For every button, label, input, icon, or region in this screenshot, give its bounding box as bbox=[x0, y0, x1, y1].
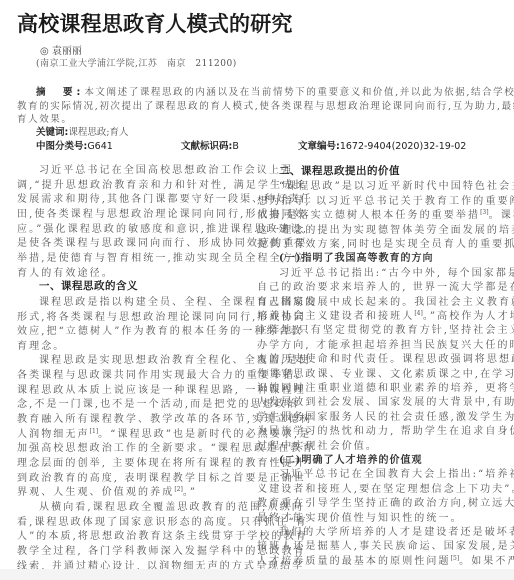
paragraph-line: 育理念。 bbox=[17, 337, 65, 352]
paragraph-line: 教育重在引导学生坚持正确的政治方向,树立远大理想, bbox=[257, 494, 514, 509]
paragraph-line: 过程中实现社会价值。 bbox=[257, 437, 378, 452]
subsection-heading: (一)指明了我国高等教育的方向 bbox=[279, 249, 433, 264]
paragraph-line: 我们的大学所培养的人才是建设者还是破坏者,是 bbox=[279, 523, 514, 538]
paragraph-line: 习近平总书记指出:“古今中外, 每个国家都是按照 bbox=[279, 264, 514, 279]
document-code: 文献标识码:B bbox=[181, 138, 239, 152]
paragraph-line: 育人的有效途径。 bbox=[17, 264, 114, 279]
article-title: 高校课程思政育人模式的研究 bbox=[17, 8, 293, 38]
paragraph-line: 识的同时注重职业道德和职业素养的培养, 更将学生个 bbox=[257, 379, 514, 394]
keywords-label: 关键词: bbox=[36, 127, 68, 138]
paragraph-line: 人发展放到社会发展、国家发展的大背景中,有助于提高 bbox=[257, 393, 514, 408]
abstract-line-1: 摘 要:本文阐述了课程思政的内涵以及在当前情势下的重要意义和价值,并以此为依据,… bbox=[36, 84, 514, 98]
paragraph-line: 自己国家发展中成长起来的。我国社会主义教育就是要 bbox=[257, 293, 514, 308]
paragraph-line: 提供了有效方案,同时也是实现全员育人的重要抓手。 bbox=[257, 235, 514, 250]
paragraph-line: 习近平总书记在全国高校思想政治工作会议上强 bbox=[39, 161, 293, 176]
keywords: 关键词:课程思政;育人 bbox=[36, 124, 129, 138]
paragraph-line: 人才培养质量的最基本的原则性问题[5]。如果不严格把控 bbox=[257, 552, 514, 567]
bottom-band bbox=[0, 569, 514, 580]
paragraph-line: 想为指导, 以习近平总书记关于教育工作的重要阐述为 bbox=[257, 192, 514, 207]
paper-page: 高校课程思政育人模式的研究 ◎ 袁丽丽 (南京工业大学浦江学院,江苏 南京 21… bbox=[0, 0, 514, 569]
author-affiliation: (南京工业大学浦江学院,江苏 南京 211200) bbox=[36, 56, 237, 69]
paragraph-line: 依据,是落实立德树人根本任务的重要举措[3]。课程思政 bbox=[257, 206, 514, 221]
section-heading: 二、课程思政提出的价值 bbox=[279, 163, 400, 178]
paragraph-line: 培养社会主义建设者和接班人[4]。”高校作为人才培养的 bbox=[257, 307, 514, 322]
paragraph-line: 最终才能实现价值性与知识性的统一。 bbox=[257, 509, 463, 524]
paragraph-line: 为民族学习的热忱和动力, 帮助学生在追求自身价值的 bbox=[257, 422, 514, 437]
paragraph-line: 理念层面的创举, 主要体现在将所有课程的教育性提升 bbox=[17, 454, 306, 469]
author-name: ◎ 袁丽丽 bbox=[40, 42, 82, 57]
section-heading: 一、课程思政的含义 bbox=[39, 278, 138, 293]
paragraph-line: 自己的政治要求来培养人的, 世界一流大学都是在服务 bbox=[257, 278, 514, 293]
keywords-value: 课程思政;育人 bbox=[68, 127, 128, 138]
article-number: 文章编号:1672-9404(2020)32-19-02 bbox=[298, 138, 466, 152]
abstract-label: 摘 要: bbox=[36, 87, 84, 98]
abstract-line-2: 教育的实际情况,初次提出了课程思政的育人模式,使各类课程与思想政治理论课同向而行… bbox=[17, 98, 514, 112]
paragraph-line: 人的历史使命和时代责任。课程思政强调将思想政治工 bbox=[257, 350, 514, 365]
paragraph-line: 主阵地,只有坚定贯彻党的教育方针,坚持社会主义大学 bbox=[257, 321, 514, 336]
subsection-heading: (二)明确了人才培养的价值观 bbox=[279, 451, 422, 466]
classification-number: 中图分类号:G641 bbox=[36, 138, 113, 152]
paragraph-line: 办学方向, 才能承担起培养担当民族复兴大任的时代新 bbox=[257, 336, 514, 351]
paragraph-line: 习近平总书记在全国教育大会上指出:“培养社会主 bbox=[279, 465, 514, 480]
paragraph-line: 学生服务国家服务人民的社会责任感,激发学生为国家、 bbox=[257, 408, 514, 423]
paragraph-line: 这一理念的提出为实现德智体美劳全面发展的培养目标 bbox=[257, 221, 514, 236]
paragraph-line: 接班人还是掘墓人,事关民族命运、国家发展,是关系到 bbox=[257, 537, 514, 552]
paragraph-line: 调,“提升思想政治教育亲和力和针对性, 满足学生成长 bbox=[17, 176, 306, 191]
paragraph-line: 作贯穿思政课、专业课、文化素质课之中,在学习专业知 bbox=[257, 365, 514, 380]
paragraph-line: “课程思政”是以习近平新时代中国特色社会主义思 bbox=[279, 177, 514, 192]
paragraph-line: 义建设者和接班人,要在坚定理想信念上下功夫”。思政 bbox=[257, 480, 514, 495]
abstract-line-3: 育人效果。 bbox=[17, 111, 73, 125]
paragraph-line: 界观、人生观、价值观的养成[2]。” bbox=[17, 483, 197, 498]
paragraph-line: 举措,是使德育与智育相统一,推动实现全员全程全方位 bbox=[17, 249, 306, 264]
